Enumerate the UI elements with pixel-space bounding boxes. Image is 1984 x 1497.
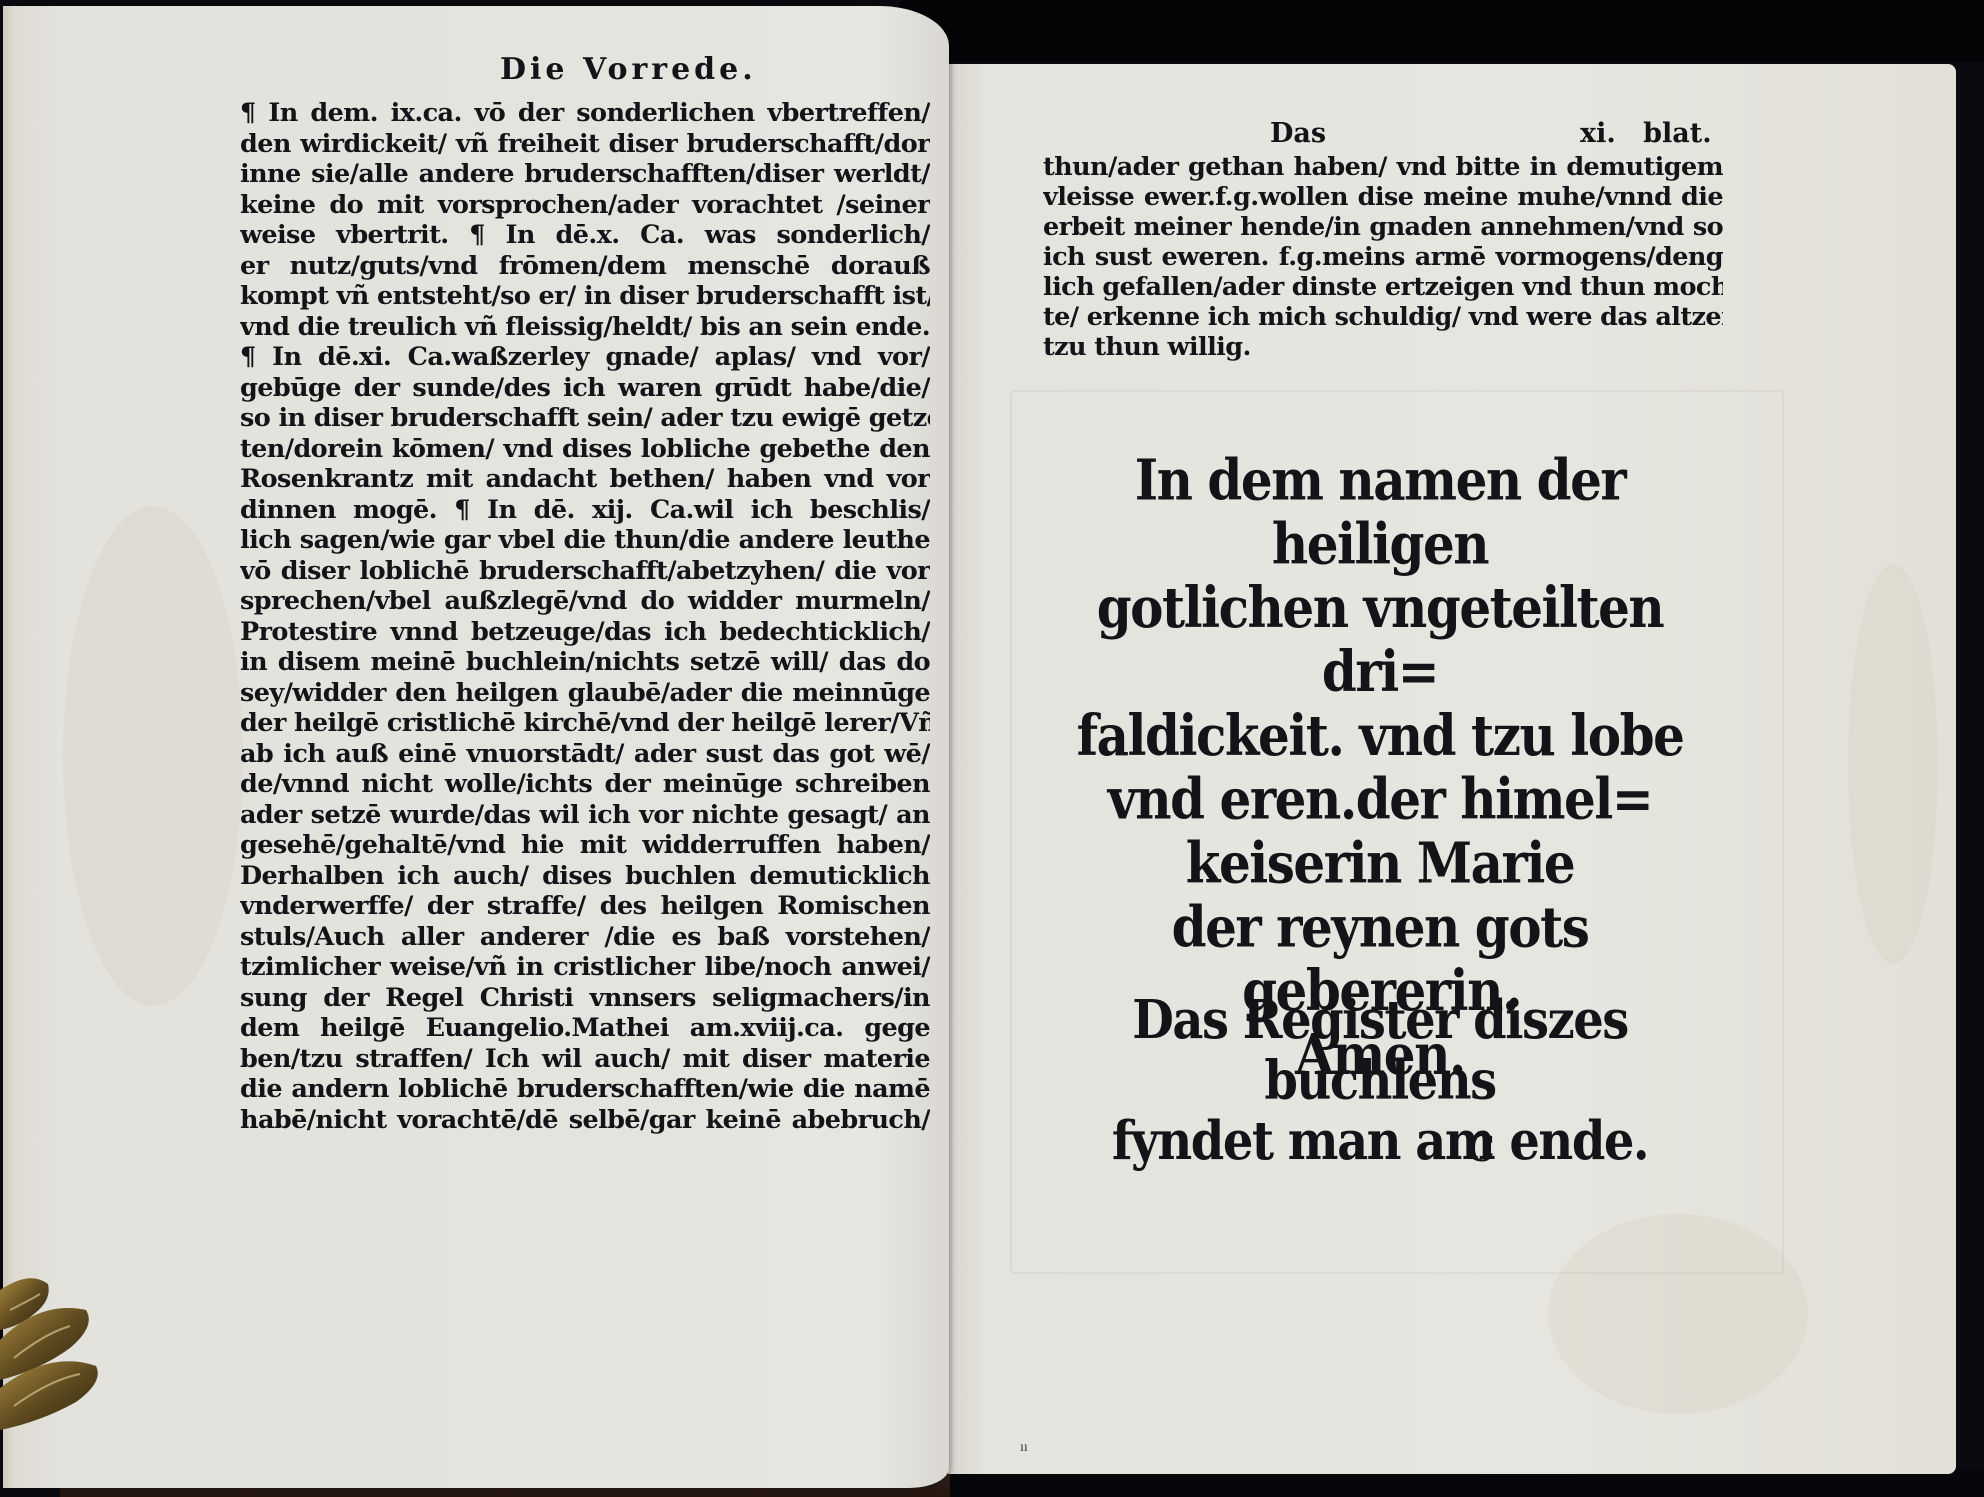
- register-note: Das Register diszes buchlens fyndet man …: [1020, 990, 1740, 1171]
- text-line: de/vnnd nicht wolle/ichts der meinūge sc…: [240, 769, 930, 800]
- text-line: Protestire vnnd betzeuge/das ich bedecht…: [240, 617, 930, 648]
- background-bottom: [950, 1470, 1984, 1497]
- text-line: vō diser loblichē bruderschafft/abetzyhe…: [240, 556, 930, 587]
- invocation-line: gotlichen vngeteilten dri=: [1050, 576, 1710, 704]
- text-line: der heilgē cristlichē kirchē/vnd der hei…: [240, 708, 930, 739]
- text-line: erbeit meiner hende/in gnaden annehmen/v…: [1043, 212, 1723, 242]
- text-line: ader setzē wurde/das wil ich vor nichte …: [240, 800, 930, 831]
- background-top: [900, 0, 1984, 62]
- paper-stain: [63, 506, 243, 1006]
- register-line: fyndet man am ende.: [1020, 1111, 1740, 1171]
- text-line: so in diser bruderschafft sein/ ader tzu…: [240, 403, 930, 434]
- invocation-line: In dem namen der heiligen: [1050, 448, 1710, 576]
- text-line: habē/nicht vorachtē/dē selbē/gar keinē a…: [240, 1105, 930, 1136]
- text-line: ¶ In dem. ix.ca. vō der sonderlichen vbe…: [240, 98, 930, 129]
- text-line: te/ erkenne ich mich schuldig/ vnd were …: [1043, 302, 1723, 332]
- text-line: tzimlicher weise/vñ in cristlicher libe/…: [240, 952, 930, 983]
- text-line: Derhalben ich auch/ dises buchlen demuti…: [240, 861, 930, 892]
- text-line: die andern loblichē bruderschafften/wie …: [240, 1074, 930, 1105]
- text-line: kompt vñ entsteht/so er/ in diser bruder…: [240, 281, 930, 312]
- invocation-line: faldickeit. vnd tzu lobe: [1050, 703, 1710, 767]
- text-line: vleisse ewer.f.g.wollen dise meine muhe/…: [1043, 182, 1723, 212]
- text-line: inne sie/alle andere bruderschafften/dis…: [240, 159, 930, 190]
- gutter-mark: ıı: [1020, 1440, 1028, 1456]
- text-line: gebūge der sunde/des ich waren grūdt hab…: [240, 373, 930, 404]
- text-line: vnd die treulich vñ fleissig/heldt/ bis …: [240, 312, 930, 343]
- left-running-head: Die Vorrede.: [500, 52, 757, 87]
- register-line: Das Register diszes buchlens: [1020, 990, 1740, 1111]
- page-stack-edge: [3, 6, 17, 1488]
- text-line: tzu thun willig.: [1043, 332, 1723, 362]
- right-body-text: thun/ader gethan haben/ vnd bitte in dem…: [1043, 152, 1723, 362]
- right-running-head: Das xi. blat.: [1030, 118, 1730, 154]
- text-line: sprechen/vbel außzlegē/vnd do widder mur…: [240, 586, 930, 617]
- text-line: dem heilgē Euangelio.Mathei am.xviij.ca.…: [240, 1013, 930, 1044]
- text-line: ben/tzu straffen/ Ich wil auch/ mit dise…: [240, 1044, 930, 1075]
- text-line: keine do mit vorsprochen/ader vorachtet …: [240, 190, 930, 221]
- left-body-text: ¶ In dem. ix.ca. vō der sonderlichen vbe…: [240, 98, 930, 1135]
- text-line: thun/ader gethan haben/ vnd bitte in dem…: [1043, 152, 1723, 182]
- paper-stain: [1548, 1214, 1808, 1414]
- text-line: gesehē/gehaltē/vnd hie mit widderruffen …: [240, 830, 930, 861]
- text-line: sey/widder den heilgen glaubē/ader die m…: [240, 678, 930, 709]
- text-line: lich gefallen/ader dinste ertzeigen vnd …: [1043, 272, 1723, 302]
- text-line: ten/dorein kōmen/ vnd dises lobliche geb…: [240, 434, 930, 465]
- running-head-title: Das: [1270, 118, 1326, 149]
- text-line: ich sust eweren. f.g.meins armē vormogen…: [1043, 242, 1723, 272]
- text-line: Rosenkrantz mit andacht bethen/ haben vn…: [240, 464, 930, 495]
- text-line: stuls/Auch aller anderer /die es baß vor…: [240, 922, 930, 953]
- text-line: weise vbertrit. ¶ In dē.x. Ca. was sonde…: [240, 220, 930, 251]
- invocation-line: vnd eren.der himel=: [1050, 767, 1710, 831]
- paper-stain: [1848, 564, 1938, 964]
- text-line: sung der Regel Christi vnnsers seligmach…: [240, 983, 930, 1014]
- text-line: lich sagen/wie gar vbel die thun/die and…: [240, 525, 930, 556]
- invocation-line: keiserin Marie: [1050, 831, 1710, 895]
- text-line: er nutz/guts/vnd frōmen/dem menschē dora…: [240, 251, 930, 282]
- signature-mark: C: [1466, 1128, 1495, 1170]
- text-line: ab ich auß einē vnuorstādt/ ader sust da…: [240, 739, 930, 770]
- brass-clasp-icon: [0, 1270, 110, 1430]
- text-line: in disem meinē buchlein/nichts setzē wil…: [240, 647, 930, 678]
- folio-number: xi. blat.: [1580, 118, 1712, 149]
- text-line: vnderwerffe/ der straffe/ des heilgen Ro…: [240, 891, 930, 922]
- text-line: den wirdickeit/ vñ freiheit diser bruder…: [240, 129, 930, 160]
- text-line: dinnen mogē. ¶ In dē. xij. Ca.wil ich be…: [240, 495, 930, 526]
- text-line: ¶ In dē.xi. Ca.waßzerley gnade/ aplas/ v…: [240, 342, 930, 373]
